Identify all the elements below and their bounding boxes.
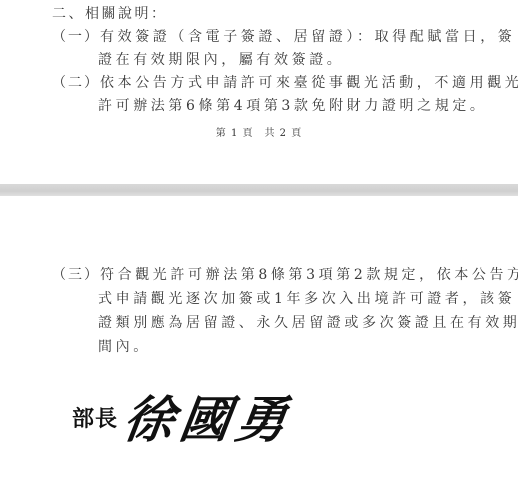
item-2-text-line-2: 許可辦法第6條第4項第3款免附財力證明之規定。 xyxy=(98,96,488,116)
item-1-text-line-1: 有效簽證（含電子簽證、居留證）：取得配賦當日，簽 xyxy=(100,29,515,45)
list-item-2-line-1: （二）依本公告方式申請許可來臺從事觀光活動，不適用觀光 xyxy=(52,73,518,93)
item-marker-3: （三） xyxy=(52,267,100,283)
page-separator xyxy=(0,184,518,196)
item-marker-2: （二） xyxy=(52,75,100,91)
item-3-text-line-3: 證類別應為居留證、永久居留證或多次簽證且在有效期 xyxy=(98,313,518,333)
item-3-text-line-4: 間內。 xyxy=(98,337,151,357)
item-marker-1: （一） xyxy=(52,29,100,45)
item-1-text-line-2: 證在有效期限內，屬有效簽證。 xyxy=(98,50,344,70)
list-item-3-line-1: （三）符合觀光許可辦法第8條第3項第2款規定，依本公告方 xyxy=(52,265,518,285)
list-item-1-line-1: （一）有效簽證（含電子簽證、居留證）：取得配賦當日，簽 xyxy=(52,27,515,47)
signature-block: 部長 徐國勇 xyxy=(72,395,292,445)
signature-title: 部長 xyxy=(72,402,118,433)
page-number: 第 1 頁 共 2 頁 xyxy=(0,124,518,139)
document-page-1: 二、相關說明： （一）有效簽證（含電子簽證、居留證）：取得配賦當日，簽 證在有效… xyxy=(0,0,518,184)
item-3-text-line-2: 式申請觀光逐次加簽或1年多次入出境許可證者，該簽 xyxy=(98,289,515,309)
item-2-text-line-1: 依本公告方式申請許可來臺從事觀光活動，不適用觀光 xyxy=(100,75,518,91)
section-heading: 二、相關說明： xyxy=(52,4,168,24)
signature-name: 徐國勇 xyxy=(121,395,296,445)
item-3-text-line-1: 符合觀光許可辦法第8條第3項第2款規定，依本公告方 xyxy=(100,267,518,283)
